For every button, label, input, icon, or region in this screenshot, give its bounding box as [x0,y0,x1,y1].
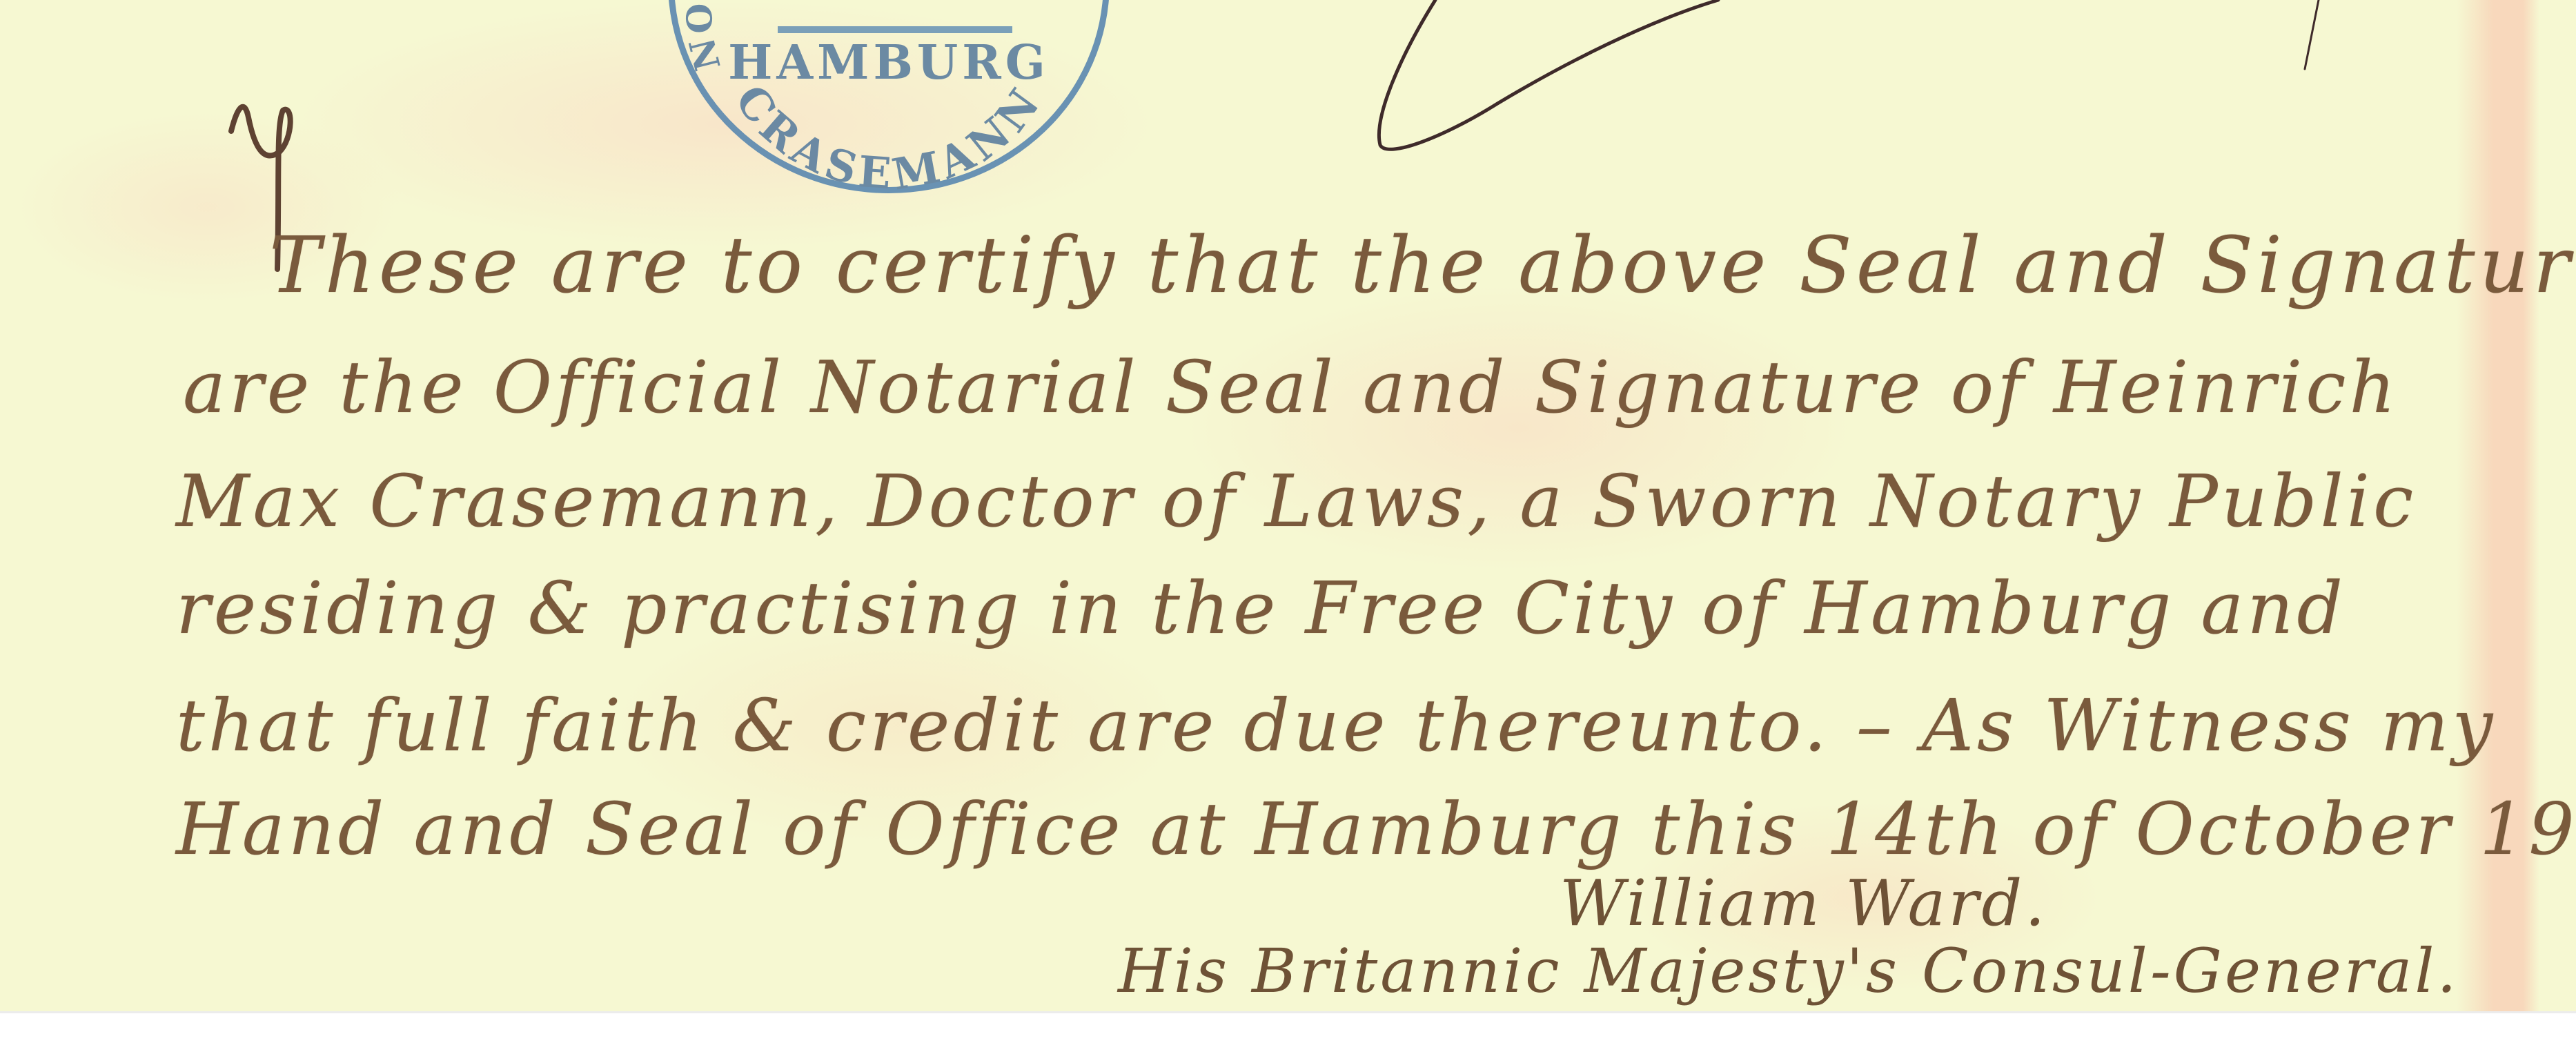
notary-seal-stamp: HAMBURG CRASEMANN NOTAR DR. [668,0,1110,193]
certificate-line-6: Hand and Seal of Office at Hamburg this … [176,787,2576,871]
seal-ring-bottom: CRASEMANN [725,75,1052,199]
consul-signature: William Ward. [1560,866,2048,940]
certificate-line-3: Max Crasemann, Doctor of Laws, a Sworn N… [176,459,2417,543]
consul-title: His Britannic Majesty's Consul-General. [1118,935,2459,1006]
certificate-line-5: that full faith & credit are due thereun… [176,683,2496,768]
signature-flourish-top [1359,0,1746,159]
certificate-line-4: residing & practising in the Free City o… [176,566,2346,650]
certificate-line-1: These are to certify that the above Seal… [269,221,2576,311]
svg-text:CRASEMANN: CRASEMANN [725,75,1052,199]
signature-stroke-top-right [2298,0,2326,76]
certificate-line-2: are the Official Notarial Seal and Signa… [183,345,2399,429]
seal-ring-right: DR. [1023,0,1088,7]
seal-ring-text: CRASEMANN NOTAR DR. [674,0,1103,187]
scan-bottom-margin [0,1011,2576,1043]
seal-ring-svg: CRASEMANN NOTAR DR. [674,0,1103,187]
